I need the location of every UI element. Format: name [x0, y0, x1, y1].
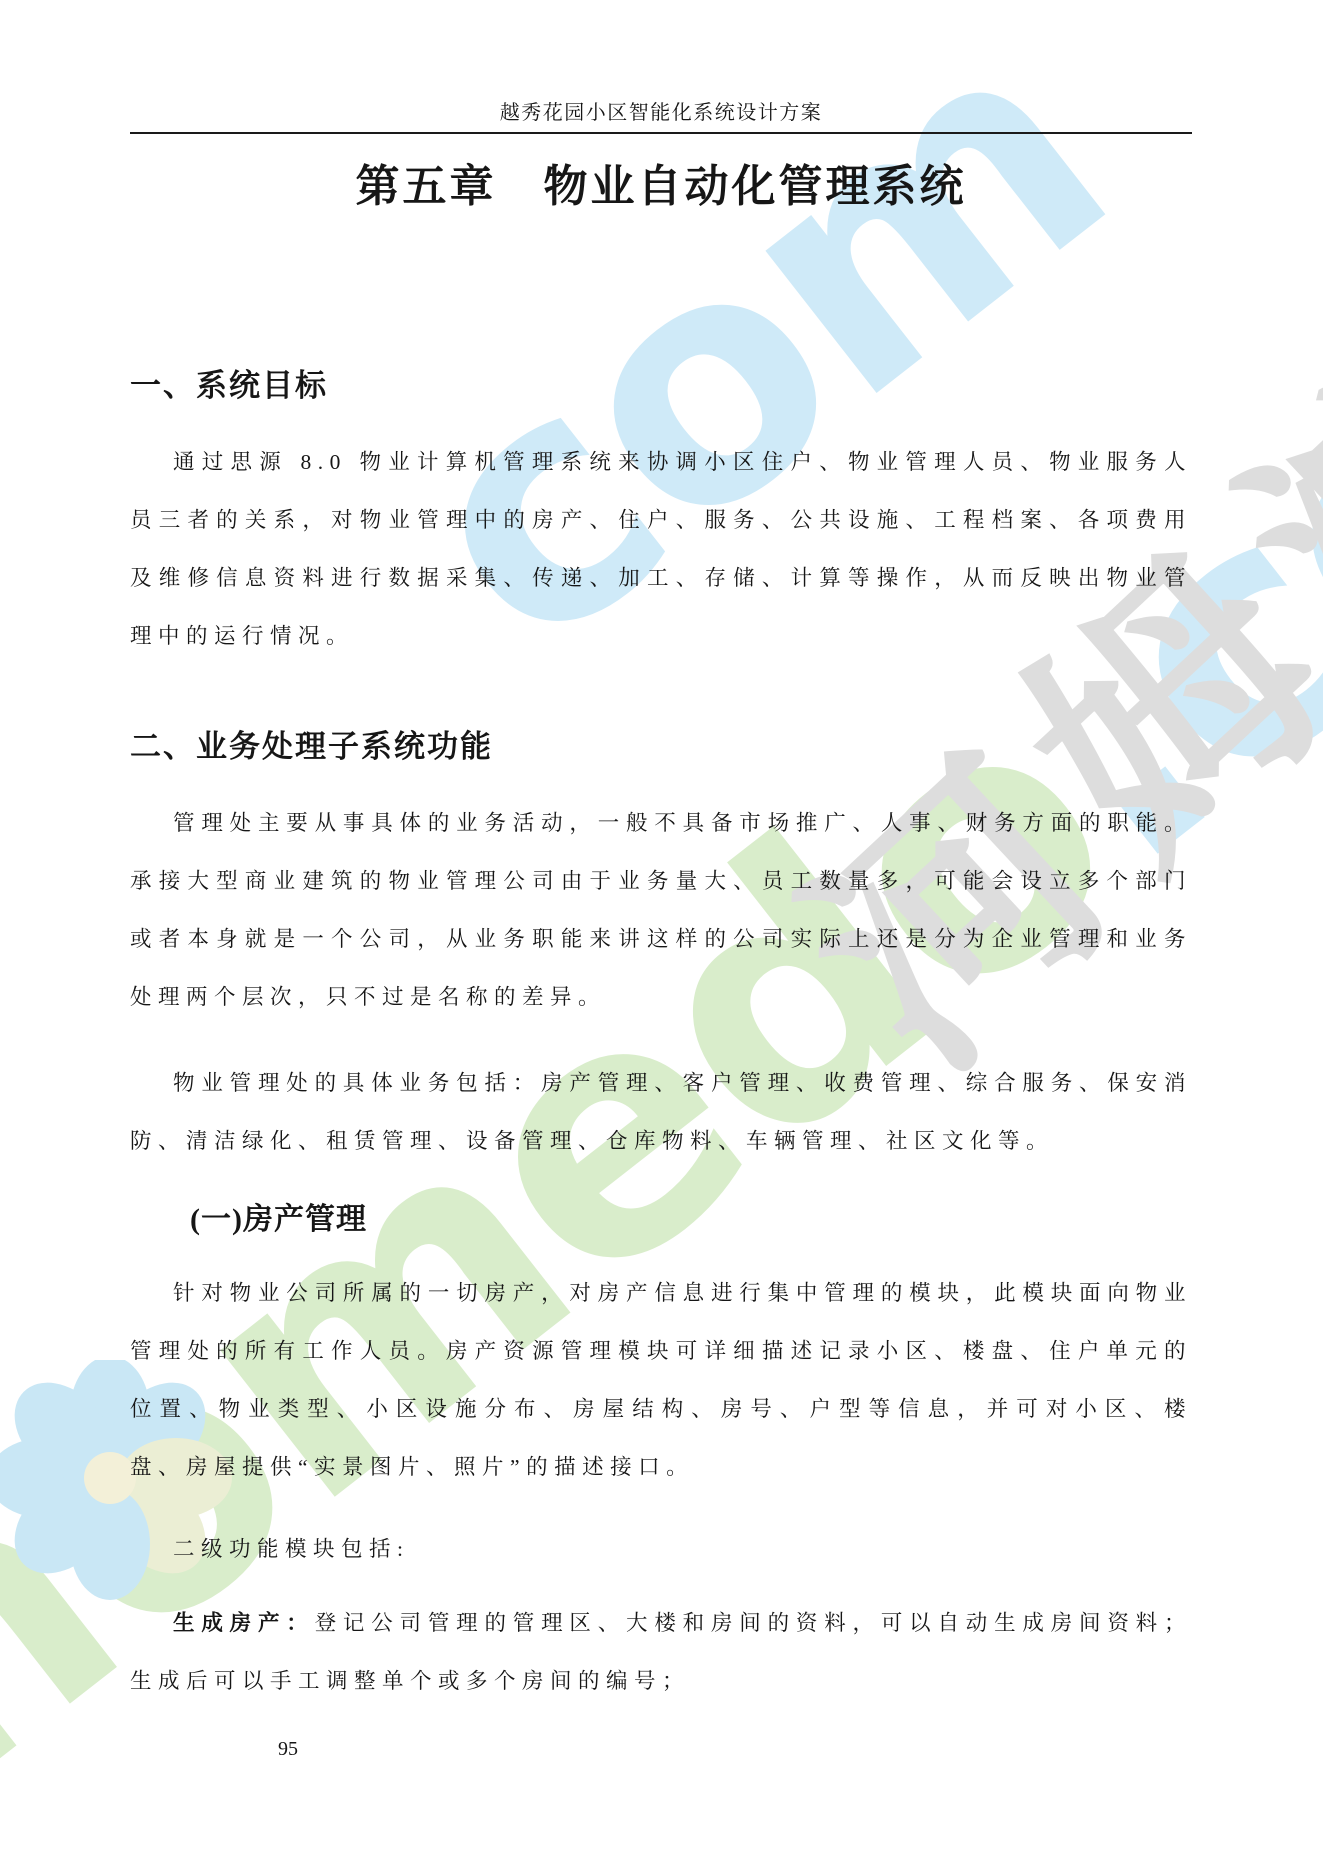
section-1-paragraph: 通过思源 8.0 物业计算机管理系统来协调小区住户、物业管理人员、物业服务人员三…	[130, 433, 1192, 665]
page-number: 95	[278, 1738, 298, 1761]
section-2-heading: 二、业务处理子系统功能	[130, 721, 1192, 766]
section-2-paragraph-1: 管理处主要从事具体的业务活动，一般不具备市场推广、人事、财务方面的职能。承接大型…	[130, 794, 1192, 1026]
section-2-paragraph-2: 物业管理处的具体业务包括：房产管理、客户管理、收费管理、综合服务、保安消防、清洁…	[130, 1054, 1192, 1170]
chapter-title: 第五章 物业自动化管理系统	[130, 150, 1192, 214]
modules-note: 二级功能模块包括:	[130, 1520, 1192, 1578]
module-item-lead: 生成房产：	[173, 1611, 315, 1635]
document-page: com homedo.com 河姆渡 越秀花园小区智能化系统设计方案 第五章 物…	[0, 0, 1323, 1872]
module-item: 生成房产：登记公司管理的管理区、大楼和房间的资料，可以自动生成房间资料；生成后可…	[130, 1594, 1192, 1710]
document-header: 越秀花园小区智能化系统设计方案	[130, 0, 1192, 134]
subsection-heading: (一)房产管理	[130, 1194, 1192, 1238]
page-content: 越秀花园小区智能化系统设计方案 第五章 物业自动化管理系统 一、系统目标 通过思…	[0, 0, 1323, 1710]
section-1-heading: 一、系统目标	[130, 360, 1192, 405]
document-header-title: 越秀花园小区智能化系统设计方案	[500, 102, 823, 124]
subsection-paragraph: 针对物业公司所属的一切房产，对房产信息进行集中管理的模块，此模块面向物业管理处的…	[130, 1264, 1192, 1496]
